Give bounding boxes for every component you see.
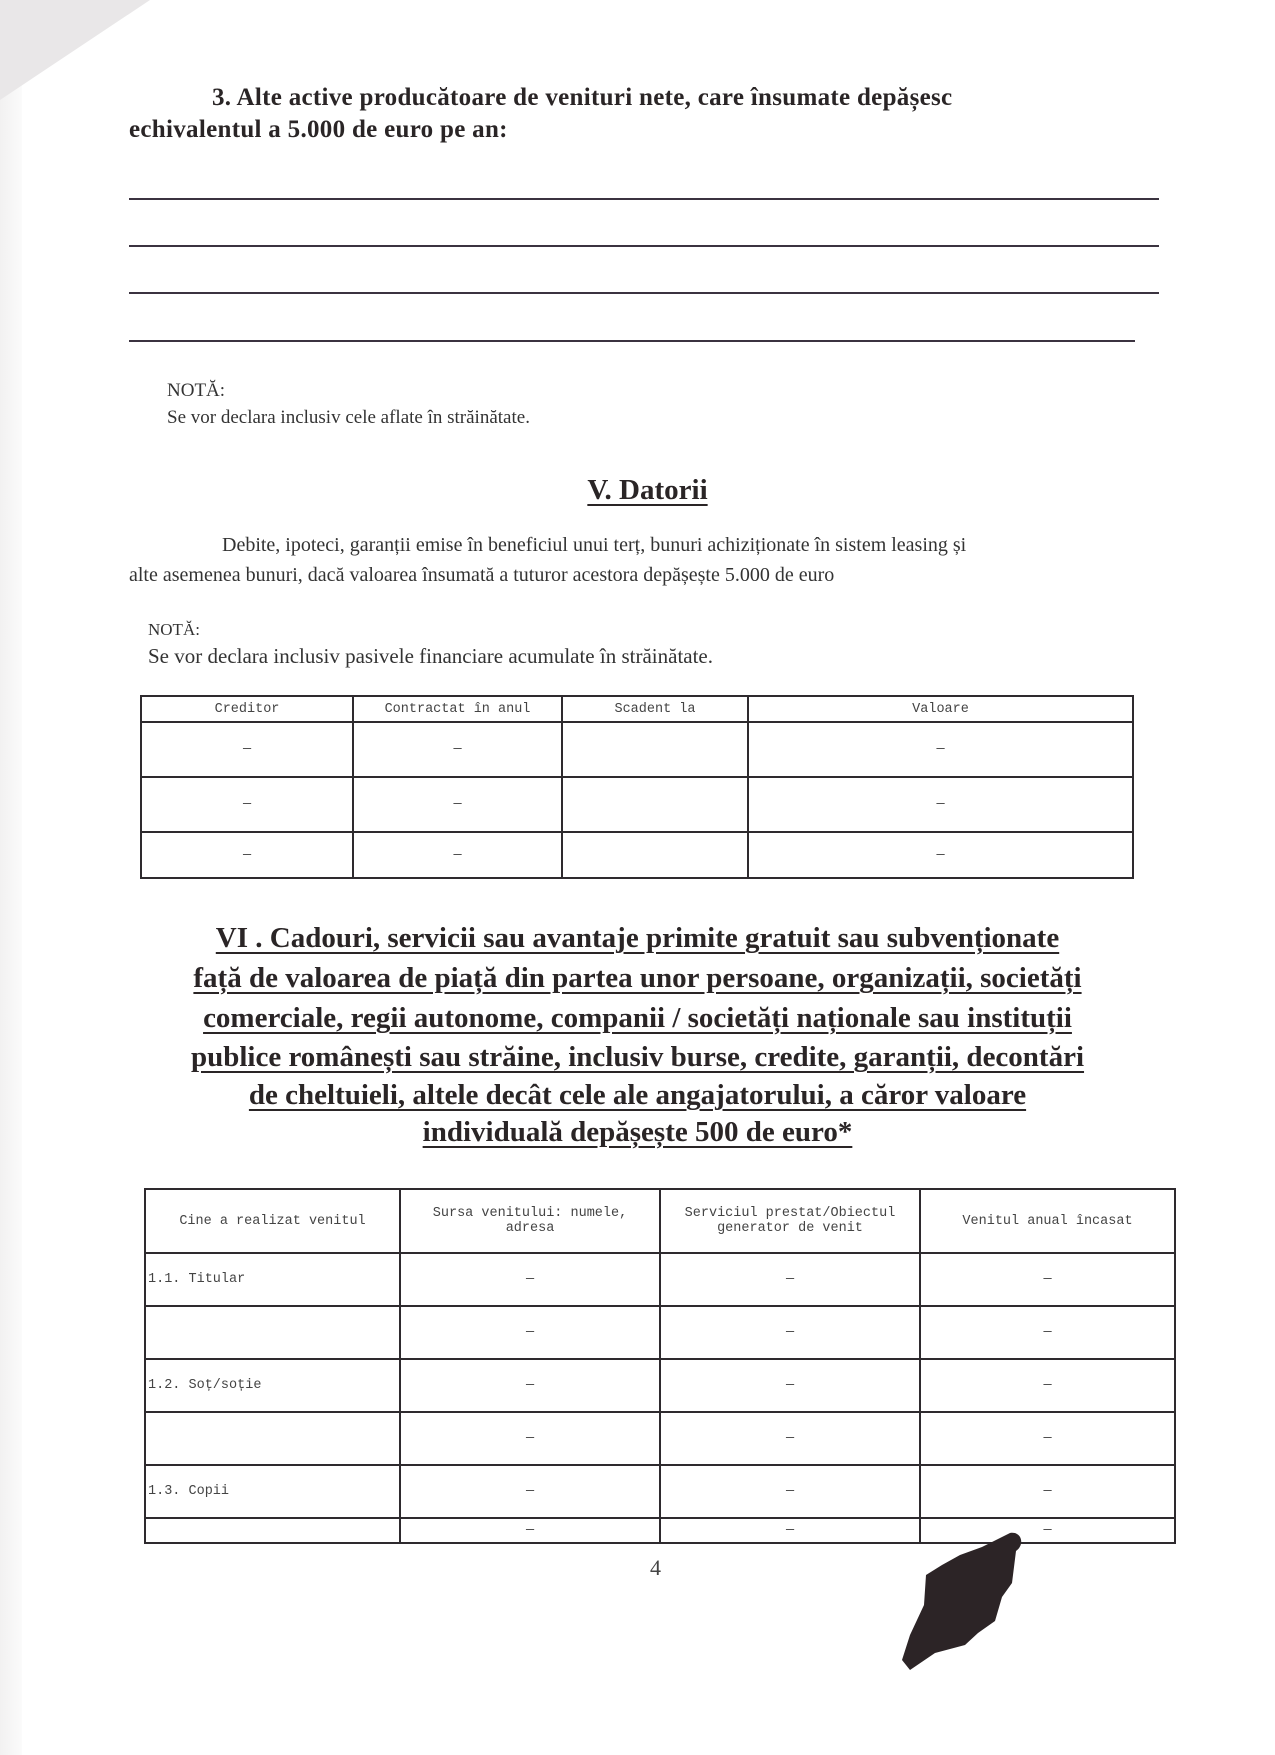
- cell: —: [748, 777, 1133, 832]
- header-scadent: Scadent la: [562, 696, 748, 722]
- nota-label-2: NOTĂ:: [148, 620, 200, 640]
- nota-text-2: Se vor declara inclusiv pasivele financi…: [148, 644, 713, 669]
- table-row: 1.2. Soț/soție — — —: [145, 1359, 1175, 1412]
- blank-line-3: [129, 292, 1159, 294]
- cell: —: [400, 1253, 660, 1306]
- table-row: — — —: [141, 832, 1133, 878]
- debts-table: Creditor Contractat în anul Scadent la V…: [140, 695, 1134, 879]
- cell: —: [400, 1465, 660, 1518]
- row-label-copii: 1.3. Copii: [145, 1465, 400, 1518]
- cell: [145, 1306, 400, 1359]
- table-row: — — —: [141, 722, 1133, 777]
- header-cine: Cine a realizat venitul: [145, 1189, 400, 1253]
- cell: —: [920, 1465, 1175, 1518]
- item3-heading-line1: 3. Alte active producătoare de venituri …: [212, 84, 952, 112]
- row-label-titular: 1.1. Titular: [145, 1253, 400, 1306]
- section-vi-title-line5: de cheltuieli, altele decât cele ale ang…: [0, 1077, 1275, 1113]
- redaction-blot-icon: [880, 1525, 1030, 1675]
- blank-line-1: [129, 198, 1159, 200]
- table-row: 1.1. Titular — — —: [145, 1253, 1175, 1306]
- header-creditor: Creditor: [141, 696, 353, 722]
- section-vi-title-line3: comerciale, regii autonome, companii / s…: [0, 1000, 1275, 1036]
- gifts-table-header: Cine a realizat venitul Sursa venitului:…: [145, 1189, 1175, 1253]
- item3-heading-line2: echivalentul a 5.000 de euro pe an:: [129, 116, 508, 144]
- blank-line-4: [129, 340, 1135, 342]
- cell: [562, 832, 748, 878]
- scan-edge-shadow: [0, 0, 22, 1755]
- table-row: 1.3. Copii — — —: [145, 1465, 1175, 1518]
- section-v-paragraph-line2: alte asemenea bunuri, dacă valoarea însu…: [129, 564, 834, 587]
- section-vi-title-line2: față de valoarea de piață din partea uno…: [0, 960, 1275, 996]
- nota-label-1: NOTĂ:: [167, 380, 225, 402]
- cell: [562, 777, 748, 832]
- cell: —: [400, 1412, 660, 1465]
- cell: —: [660, 1412, 920, 1465]
- cell: —: [920, 1253, 1175, 1306]
- cell: —: [400, 1306, 660, 1359]
- cell: —: [660, 1306, 920, 1359]
- table-row: — — —: [145, 1306, 1175, 1359]
- cell: —: [400, 1359, 660, 1412]
- cell: —: [141, 722, 353, 777]
- cell: —: [141, 832, 353, 878]
- page-number: 4: [650, 1555, 661, 1581]
- cell: —: [353, 777, 562, 832]
- cell: [562, 722, 748, 777]
- cell: —: [400, 1518, 660, 1543]
- header-venitul: Venitul anual încasat: [920, 1189, 1175, 1253]
- debts-table-header: Creditor Contractat în anul Scadent la V…: [141, 696, 1133, 722]
- section-vi-title-line4: publice românești sau străine, inclusiv …: [0, 1039, 1275, 1075]
- cell: —: [920, 1359, 1175, 1412]
- cell: —: [920, 1306, 1175, 1359]
- cell: —: [353, 722, 562, 777]
- cell: —: [748, 722, 1133, 777]
- table-row: — — —: [141, 777, 1133, 832]
- folded-corner: [0, 0, 150, 100]
- cell: —: [920, 1412, 1175, 1465]
- header-serviciul: Serviciul prestat/Obiectul generator de …: [660, 1189, 920, 1253]
- header-sursa: Sursa venitului: numele, adresa: [400, 1189, 660, 1253]
- cell: [145, 1518, 400, 1543]
- blank-line-2: [129, 245, 1159, 247]
- cell: [145, 1412, 400, 1465]
- section-v-paragraph-line1: Debite, ipoteci, garanții emise în benef…: [222, 534, 966, 557]
- gifts-table: Cine a realizat venitul Sursa venitului:…: [144, 1188, 1176, 1544]
- section-vi-title-line6: individuală depășește 500 de euro*: [0, 1114, 1275, 1150]
- cell: —: [353, 832, 562, 878]
- cell: —: [660, 1253, 920, 1306]
- cell: —: [660, 1359, 920, 1412]
- section-vi-title-line1: VI . Cadouri, servicii sau avantaje prim…: [0, 920, 1275, 956]
- header-valoare: Valoare: [748, 696, 1133, 722]
- nota-text-1: Se vor declara inclusiv cele aflate în s…: [167, 407, 530, 429]
- table-row: — — —: [145, 1412, 1175, 1465]
- header-contractat: Contractat în anul: [353, 696, 562, 722]
- row-label-sot-sotie: 1.2. Soț/soție: [145, 1359, 400, 1412]
- cell: —: [660, 1465, 920, 1518]
- section-v-title: V. Datorii: [0, 474, 1275, 507]
- cell: —: [748, 832, 1133, 878]
- cell: —: [141, 777, 353, 832]
